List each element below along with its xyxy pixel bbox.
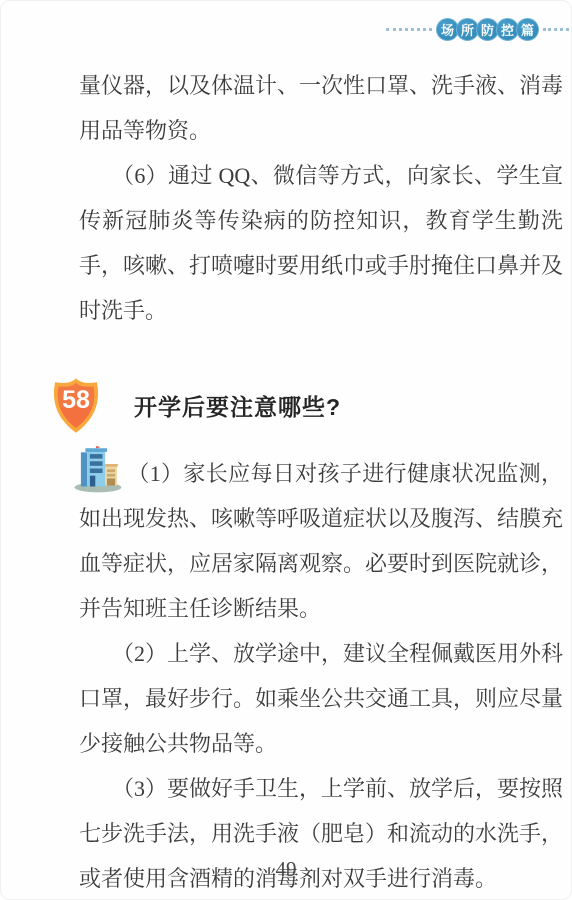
answer-paragraph-1: （1）家长应每日对孩子进行健康状况监测，如出现发热、咳嗽等呼吸道症状以及腹泻、结… (79, 446, 563, 631)
intro-paragraph-6: （6）通过 QQ、微信等方式，向家长、学生宣传新冠肺炎等传染病的防控知识，教育学… (79, 153, 563, 333)
book-page: 场 所 防 控 篇 量仪器，以及体温计、一次性口罩、洗手液、消毒用品等物资。 （… (0, 0, 572, 900)
question-number: 58 (47, 386, 105, 415)
answer-paragraph-2: （2）上学、放学途中，建议全程佩戴医用外科口罩，最好步行。如乘坐公共交通工具，则… (79, 631, 563, 766)
page-content: 量仪器，以及体温计、一次性口罩、洗手液、消毒用品等物资。 （6）通过 QQ、微信… (79, 63, 563, 900)
dotted-line-right (543, 28, 569, 31)
intro-paragraph-continuation: 量仪器，以及体温计、一次性口罩、洗手液、消毒用品等物资。 (79, 63, 563, 153)
chapter-char-circle: 篇 (516, 18, 539, 41)
chapter-title: 场 所 防 控 篇 (436, 18, 539, 41)
question-title: 开学后要注意哪些? (134, 389, 341, 422)
dotted-line-left (386, 28, 432, 31)
chapter-header: 场 所 防 控 篇 (386, 18, 569, 41)
school-building-icon (71, 446, 125, 493)
answer-section: （1）家长应每日对孩子进行健康状况监测，如出现发热、咳嗽等呼吸道症状以及腹泻、结… (79, 446, 563, 900)
page-number: 49 (1, 857, 571, 882)
answer-paragraph-1-text: （1）家长应每日对孩子进行健康状况监测，如出现发热、咳嗽等呼吸道症状以及腹泻、结… (79, 461, 563, 621)
question-heading: 58 开学后要注意哪些? (47, 377, 563, 434)
question-number-shield-icon: 58 (47, 377, 105, 434)
